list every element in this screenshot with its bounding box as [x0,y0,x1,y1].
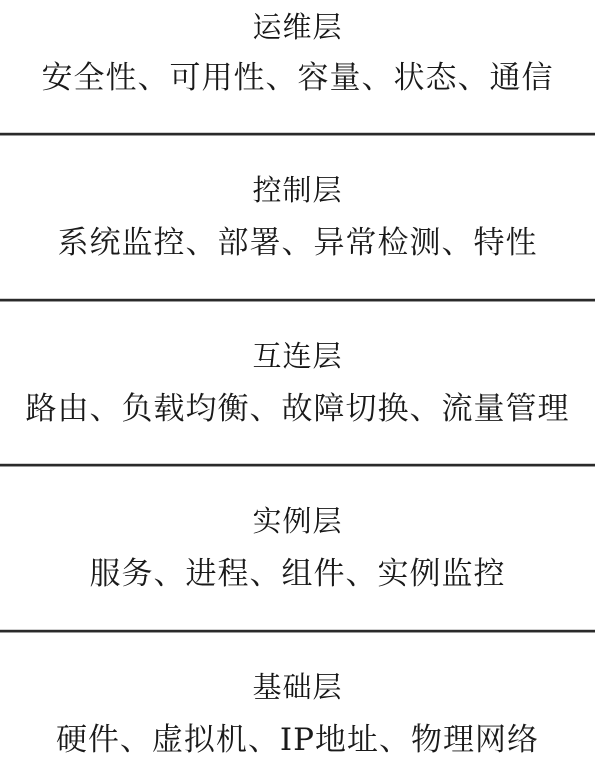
layer-title: 实例层 [0,504,595,538]
layer-description: 路由、负载均衡、故障切换、流量管理 [0,390,595,428]
layer-description: 服务、进程、组件、实例监控 [0,555,595,593]
layer-interconnect: 互连层 路由、负载均衡、故障切换、流量管理 [0,301,595,465]
layer-title: 控制层 [0,173,595,207]
layer-title: 互连层 [0,339,595,373]
layer-description: 硬件、虚拟机、IP地址、物理网络 [0,721,595,759]
layer-operations: 运维层 安全性、可用性、容量、状态、通信 [0,0,595,134]
layer-title: 运维层 [0,10,595,44]
layer-foundation: 基础层 硬件、虚拟机、IP地址、物理网络 [0,632,595,772]
layer-title: 基础层 [0,670,595,704]
layer-instance: 实例层 服务、进程、组件、实例监控 [0,466,595,631]
layer-control: 控制层 系统监控、部署、异常检测、特性 [0,135,595,300]
layer-description: 安全性、可用性、容量、状态、通信 [0,59,595,97]
layer-description: 系统监控、部署、异常检测、特性 [0,224,595,262]
